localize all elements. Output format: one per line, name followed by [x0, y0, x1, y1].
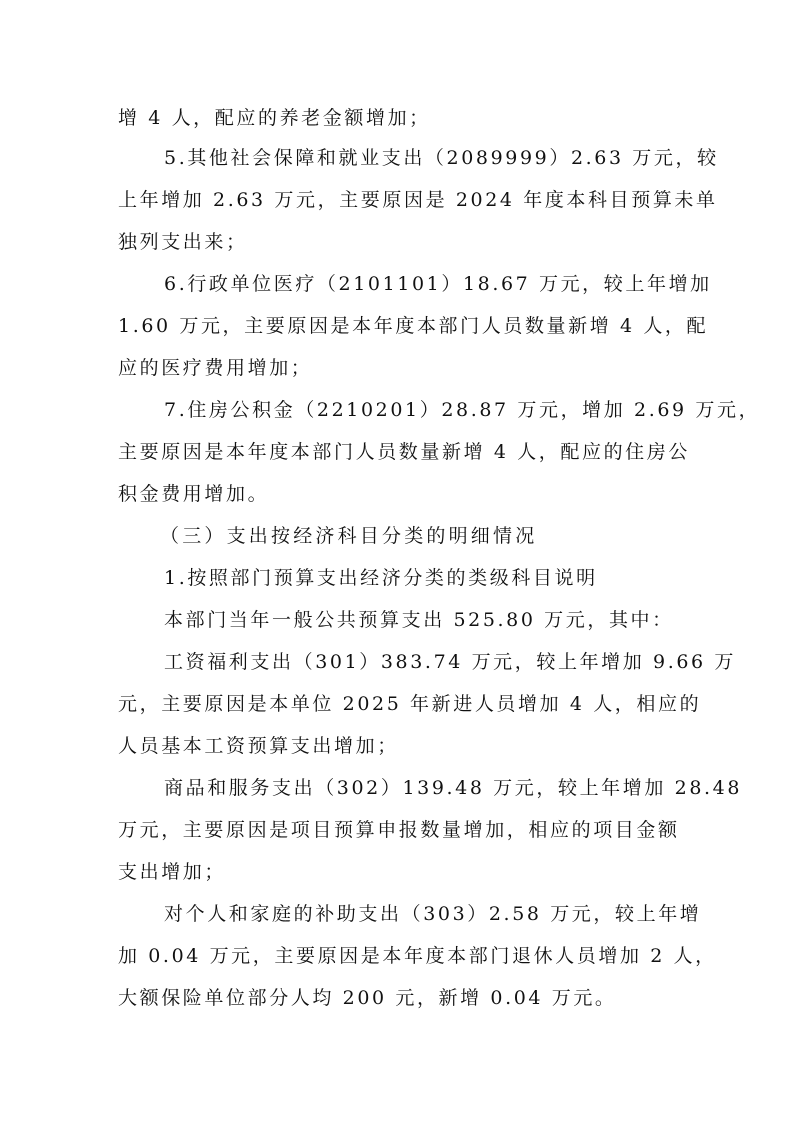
- paragraph-line: 积金费用增加。: [118, 479, 678, 509]
- paragraph-line: 大额保险单位部分人均 200 元，新增 0.04 万元。: [118, 983, 678, 1013]
- paragraph-line: 独列支出来；: [118, 227, 678, 257]
- paragraph-line: 支出增加；: [118, 857, 678, 887]
- paragraph-line: 对个人和家庭的补助支出（303）2.58 万元，较上年增: [164, 899, 678, 929]
- paragraph-line: 主要原因是本年度本部门人员数量新增 4 人，配应的住房公: [118, 437, 678, 467]
- paragraph-line: 万元，主要原因是项目预算申报数量增加，相应的项目金额: [118, 815, 678, 845]
- section-heading: （三）支出按经济科目分类的明细情况: [160, 521, 580, 551]
- paragraph-line: 5.其他社会保障和就业支出（2089999）2.63 万元，较: [164, 143, 678, 173]
- paragraph-line: 工资福利支出（301）383.74 万元，较上年增加 9.66 万: [164, 647, 678, 677]
- paragraph-line: 增 4 人，配应的养老金额增加；: [118, 103, 678, 133]
- paragraph-line: 6.行政单位医疗（2101101）18.67 万元，较上年增加: [164, 269, 678, 299]
- paragraph-line: 加 0.04 万元，主要原因是本年度本部门退休人员增加 2 人，: [118, 941, 678, 971]
- paragraph-line: 人员基本工资预算支出增加；: [118, 731, 678, 761]
- paragraph-line: 7.住房公积金（2210201）28.87 万元，增加 2.69 万元，: [164, 395, 678, 425]
- paragraph-line: 元，主要原因是本单位 2025 年新进人员增加 4 人，相应的: [118, 689, 678, 719]
- paragraph-line: 本部门当年一般公共预算支出 525.80 万元，其中：: [164, 605, 678, 635]
- paragraph-line: 1.60 万元，主要原因是本年度本部门人员数量新增 4 人，配: [118, 311, 678, 341]
- subsection-heading: 1.按照部门预算支出经济分类的类级科目说明: [164, 563, 678, 593]
- paragraph-line: 上年增加 2.63 万元，主要原因是 2024 年度本科目预算未单: [118, 185, 678, 215]
- paragraph-line: 应的医疗费用增加；: [118, 353, 678, 383]
- document-page: 增 4 人，配应的养老金额增加； 5.其他社会保障和就业支出（2089999）2…: [0, 0, 793, 1122]
- paragraph-line: 商品和服务支出（302）139.48 万元，较上年增加 28.48: [164, 773, 678, 803]
